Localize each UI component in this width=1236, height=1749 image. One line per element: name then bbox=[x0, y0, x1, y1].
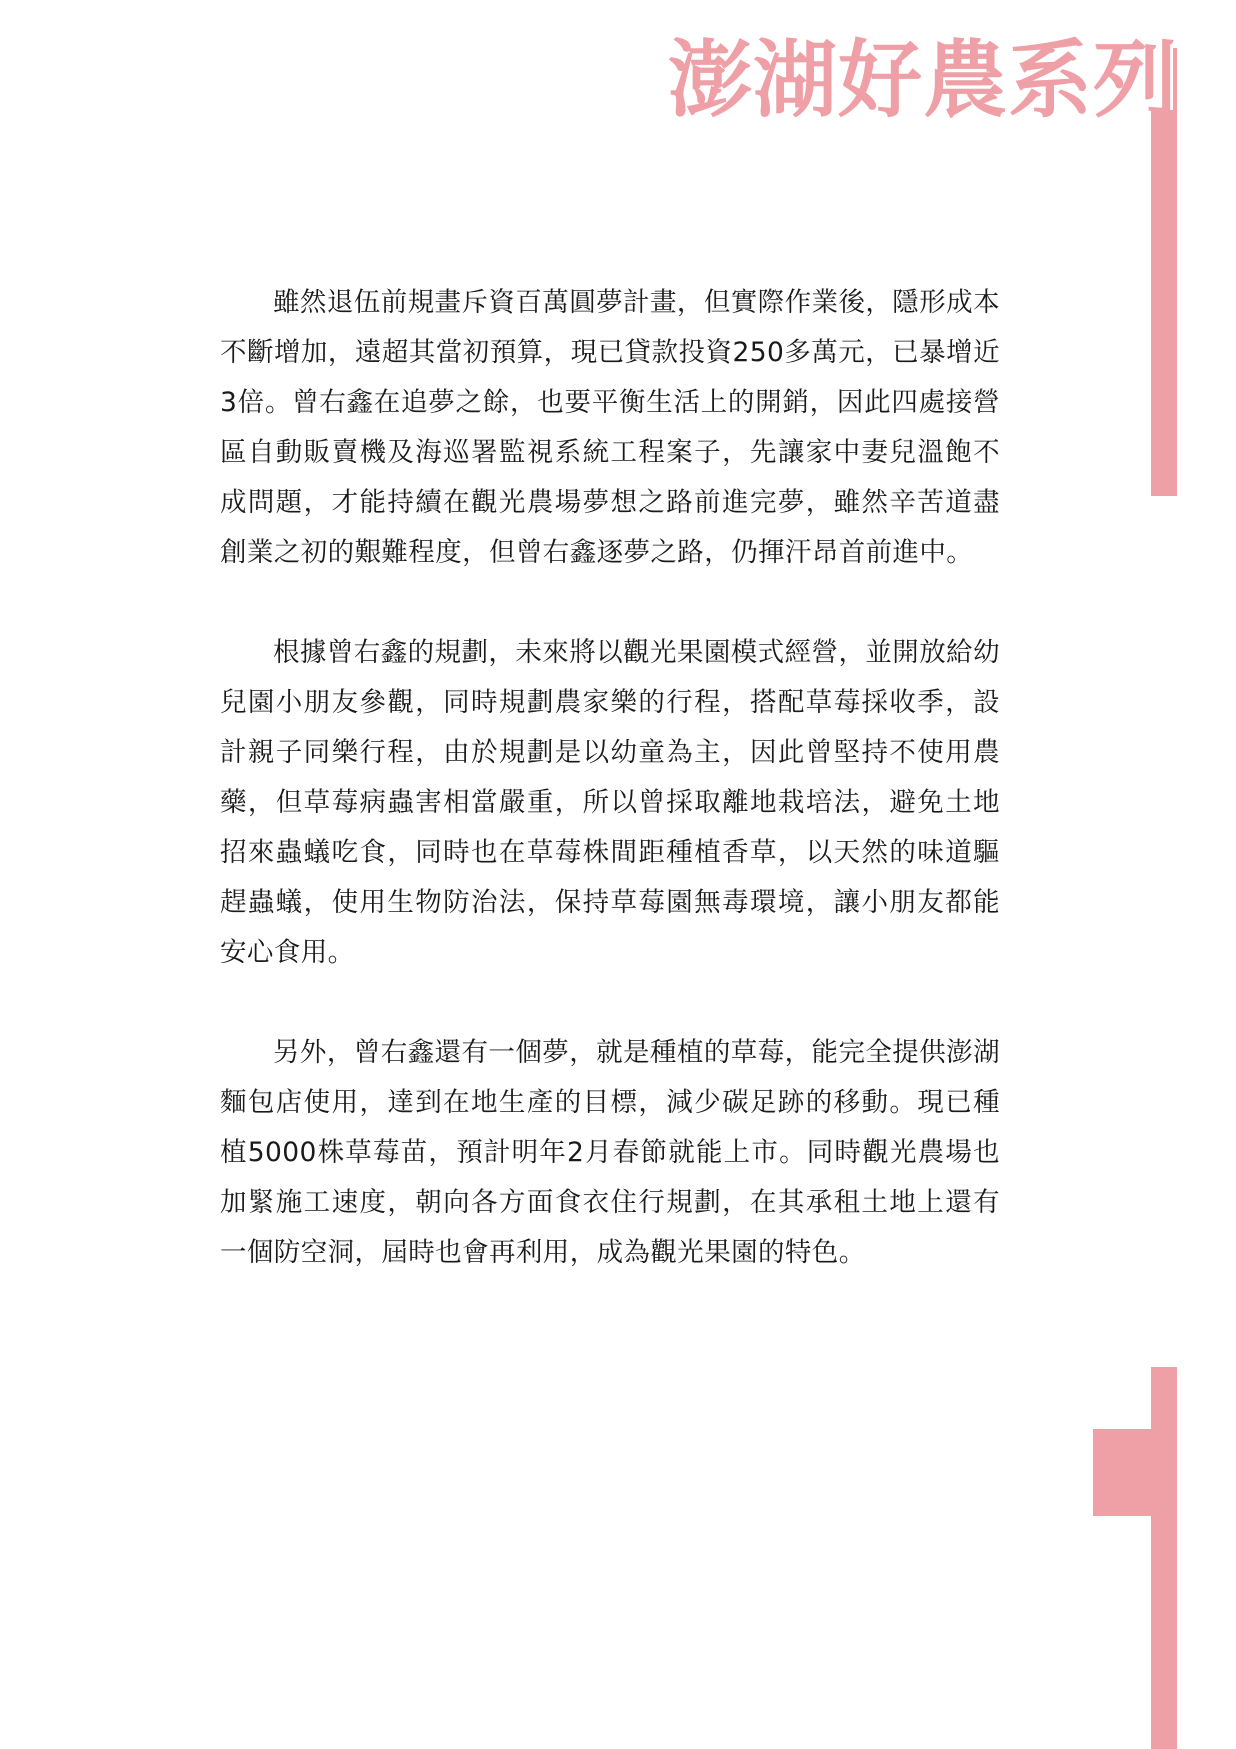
series-title: 澎湖好農系列 bbox=[668, 38, 1178, 122]
article-paragraph-2: 根據曾右鑫的規劃，未來將以觀光果園模式經營，並開放給幼兒園小朋友參觀，同時規劃農… bbox=[220, 628, 1000, 978]
article-paragraph-3: 另外，曾右鑫還有一個夢，就是種植的草莓，能完全提供澎湖麵包店使用，達到在地生產的… bbox=[220, 1028, 1000, 1278]
decorative-accent-bar-bottom bbox=[1151, 1367, 1177, 1749]
article-paragraph-1: 雖然退伍前規畫斥資百萬圓夢計畫，但實際作業後，隱形成本不斷增加，遠超其當初預算，… bbox=[220, 278, 1000, 578]
decorative-accent-block bbox=[1093, 1429, 1151, 1516]
decorative-accent-bar-top bbox=[1151, 110, 1177, 496]
decorative-accent-line-top bbox=[1173, 48, 1177, 112]
article-body: 雖然退伍前規畫斥資百萬圓夢計畫，但實際作業後，隱形成本不斷增加，遠超其當初預算，… bbox=[220, 278, 1000, 1328]
